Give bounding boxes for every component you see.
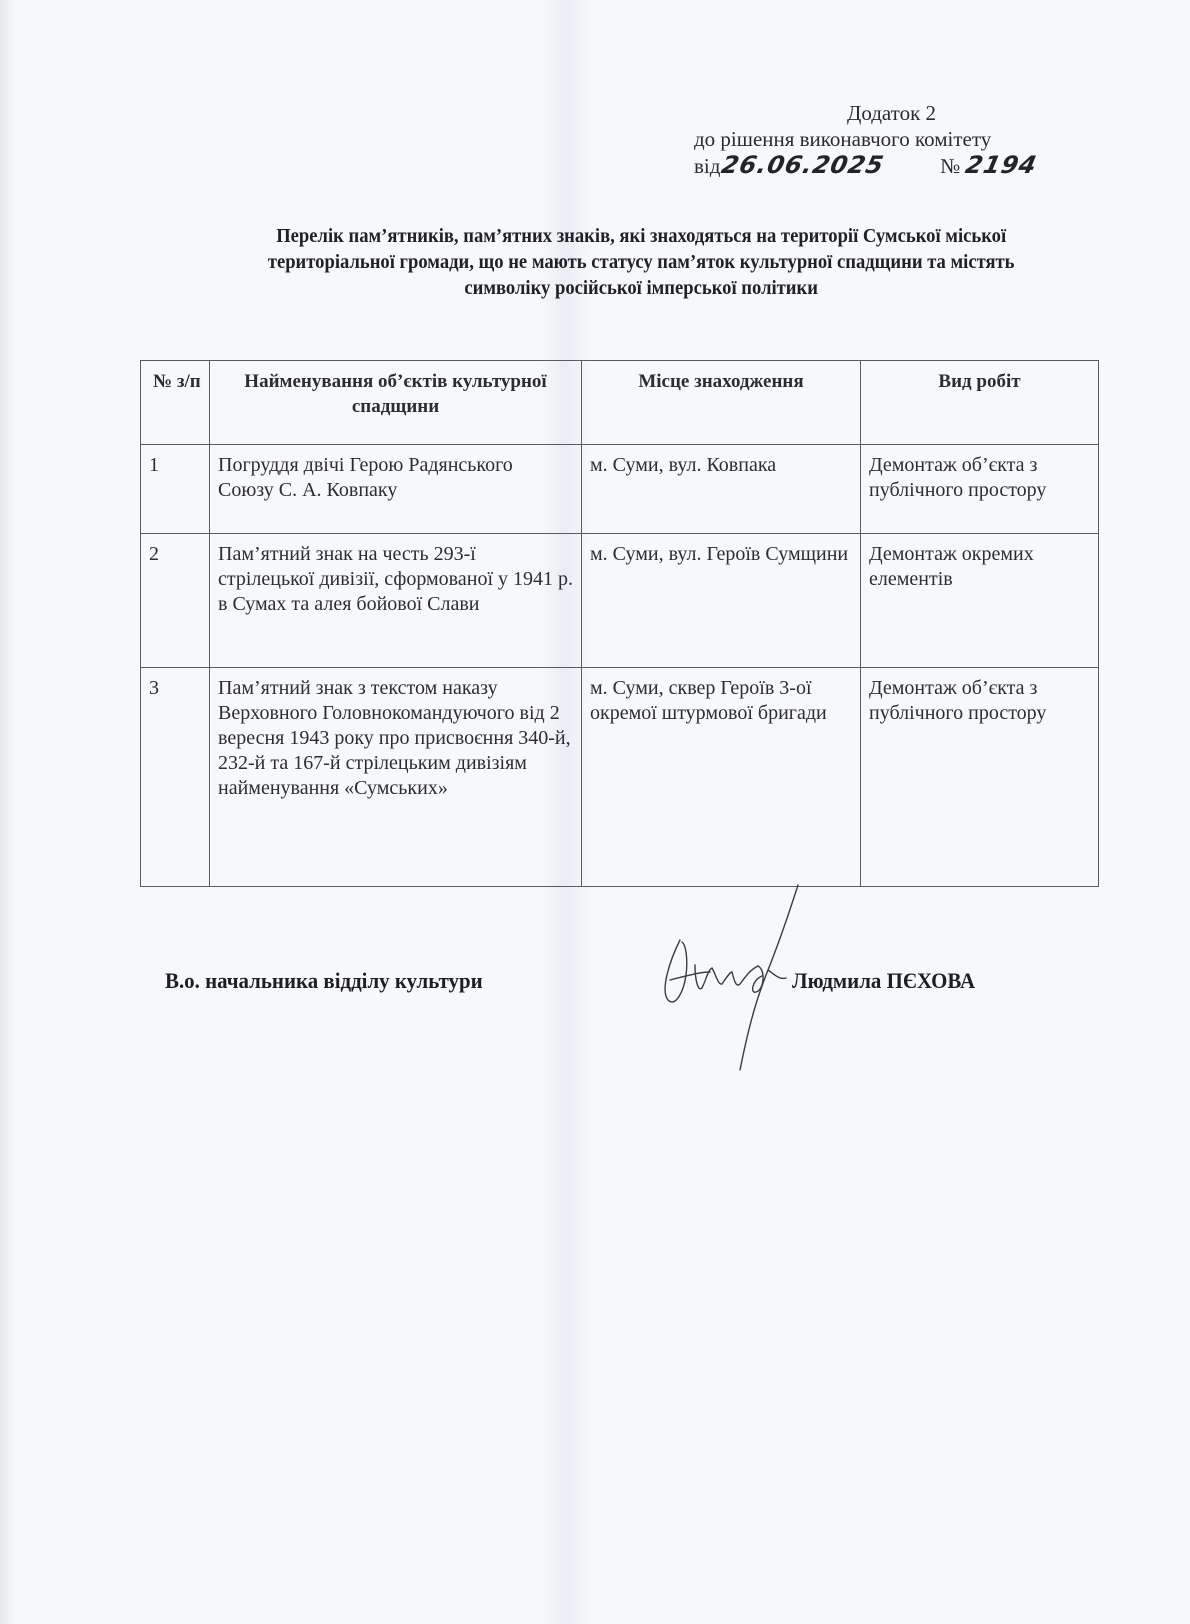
date-prefix: від [694, 153, 720, 179]
cell-num: 2 [141, 534, 210, 668]
handwritten-date: 26.06.2025 [720, 152, 887, 178]
cell-num: 3 [141, 668, 210, 887]
header-work: Вид робіт [861, 361, 1099, 445]
handwritten-signature-icon [640, 880, 810, 1080]
scan-edge-shadow [0, 0, 14, 1624]
signatory-role: В.о. начальника відділу культури [165, 968, 483, 994]
handwritten-number: 2194 [964, 152, 1040, 178]
header-place: Місце знаходження [582, 361, 861, 445]
table-row: 2 Пам’ятний знак на честь 293-ї стрілець… [141, 534, 1099, 668]
header-num: № з/п [141, 361, 210, 445]
number-sign: № [940, 153, 960, 179]
cell-name: Погруддя двічі Герою Радянського Союзу С… [210, 445, 582, 534]
annex-date-number: від 26.06.2025 № 2194 [694, 152, 1054, 179]
cell-num: 1 [141, 445, 210, 534]
annex-title: Додаток 2 [694, 100, 1054, 126]
table-row: 1 Погруддя двічі Герою Радянського Союзу… [141, 445, 1099, 534]
cell-place: м. Суми, вул. Ковпака [582, 445, 861, 534]
cell-name: Пам’ятний знак з текстом наказу Верховно… [210, 668, 582, 887]
cell-work: Демонтаж об’єкта з публічного простору [861, 445, 1099, 534]
table-row: 3 Пам’ятний знак з текстом наказу Верхов… [141, 668, 1099, 887]
cell-place: м. Суми, сквер Героїв 3-ої окремої штурм… [582, 668, 861, 887]
annex-subtitle: до рішення виконавчого комітету [694, 126, 1054, 152]
cell-work: Демонтаж окремих елементів [861, 534, 1099, 668]
header-name: Найменування об’єктів культурної спадщин… [210, 361, 582, 445]
document-title: Перелік пам’ятників, пам’ятних знаків, я… [225, 223, 1057, 301]
signatory-name: Людмила ПЄХОВА [792, 968, 975, 994]
annex-header: Додаток 2 до рішення виконавчого комітет… [694, 100, 1054, 179]
table-header-row: № з/п Найменування об’єктів культурної с… [141, 361, 1099, 445]
cell-name: Пам’ятний знак на честь 293-ї стрілецько… [210, 534, 582, 668]
monuments-table: № з/п Найменування об’єктів культурної с… [140, 360, 1099, 887]
cell-place: м. Суми, вул. Героїв Сумщини [582, 534, 861, 668]
cell-work: Демонтаж об’єкта з публічного простору [861, 668, 1099, 887]
